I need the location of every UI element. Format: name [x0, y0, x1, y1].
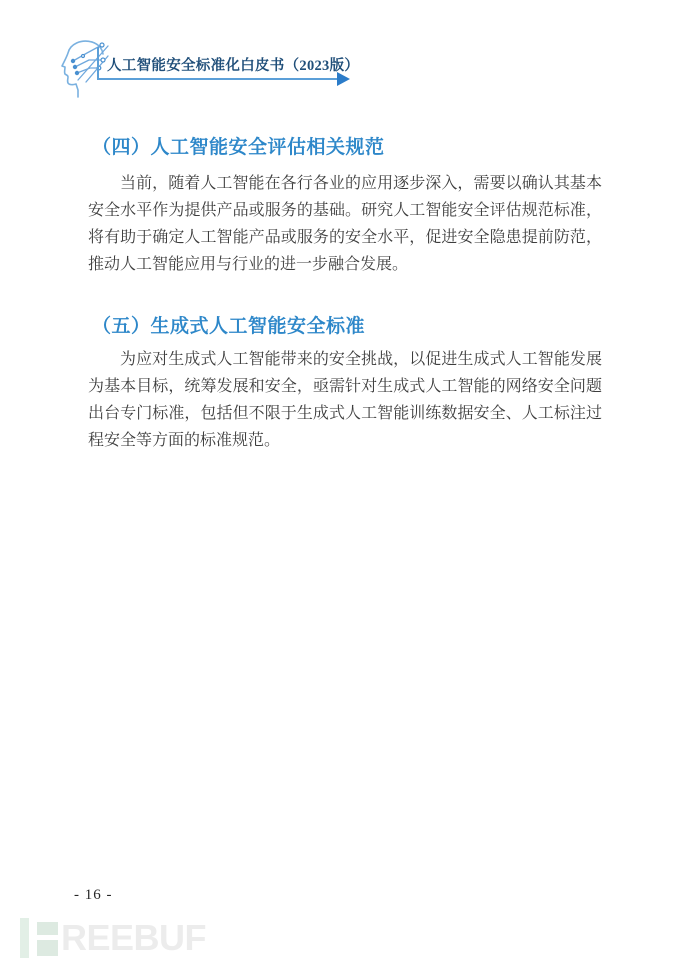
freebuf-logo-vertical-bar [20, 918, 29, 958]
section-4-heading: （四）人工智能安全评估相关规范 [92, 132, 385, 159]
freebuf-watermark: REEBUF [20, 915, 250, 964]
section-5-paragraph: 为应对生成式人工智能带来的安全挑战，以促进生成式人工智能发展为基本目标，统筹发展… [88, 346, 602, 454]
section-4-paragraph: 当前，随着人工智能在各行各业的应用逐步深入，需要以确认其基本安全水平作为提供产品… [88, 170, 602, 278]
header-rule-horizontal [97, 78, 338, 80]
header-rule-vertical [97, 47, 99, 79]
header-title: 人工智能安全标准化白皮书（2023版） [107, 57, 359, 75]
freebuf-logo-bottom-bar [37, 940, 58, 956]
document-page: 人工智能安全标准化白皮书（2023版） （四）人工智能安全评估相关规范 当前，随… [0, 0, 690, 964]
page-number: - 16 - [74, 887, 113, 904]
ai-head-circuit-logo-icon [56, 37, 112, 99]
freebuf-logo-top-bar [37, 922, 58, 935]
section-5-heading: （五）生成式人工智能安全标准 [92, 311, 365, 338]
freebuf-watermark-text: REEBUF [61, 919, 206, 957]
